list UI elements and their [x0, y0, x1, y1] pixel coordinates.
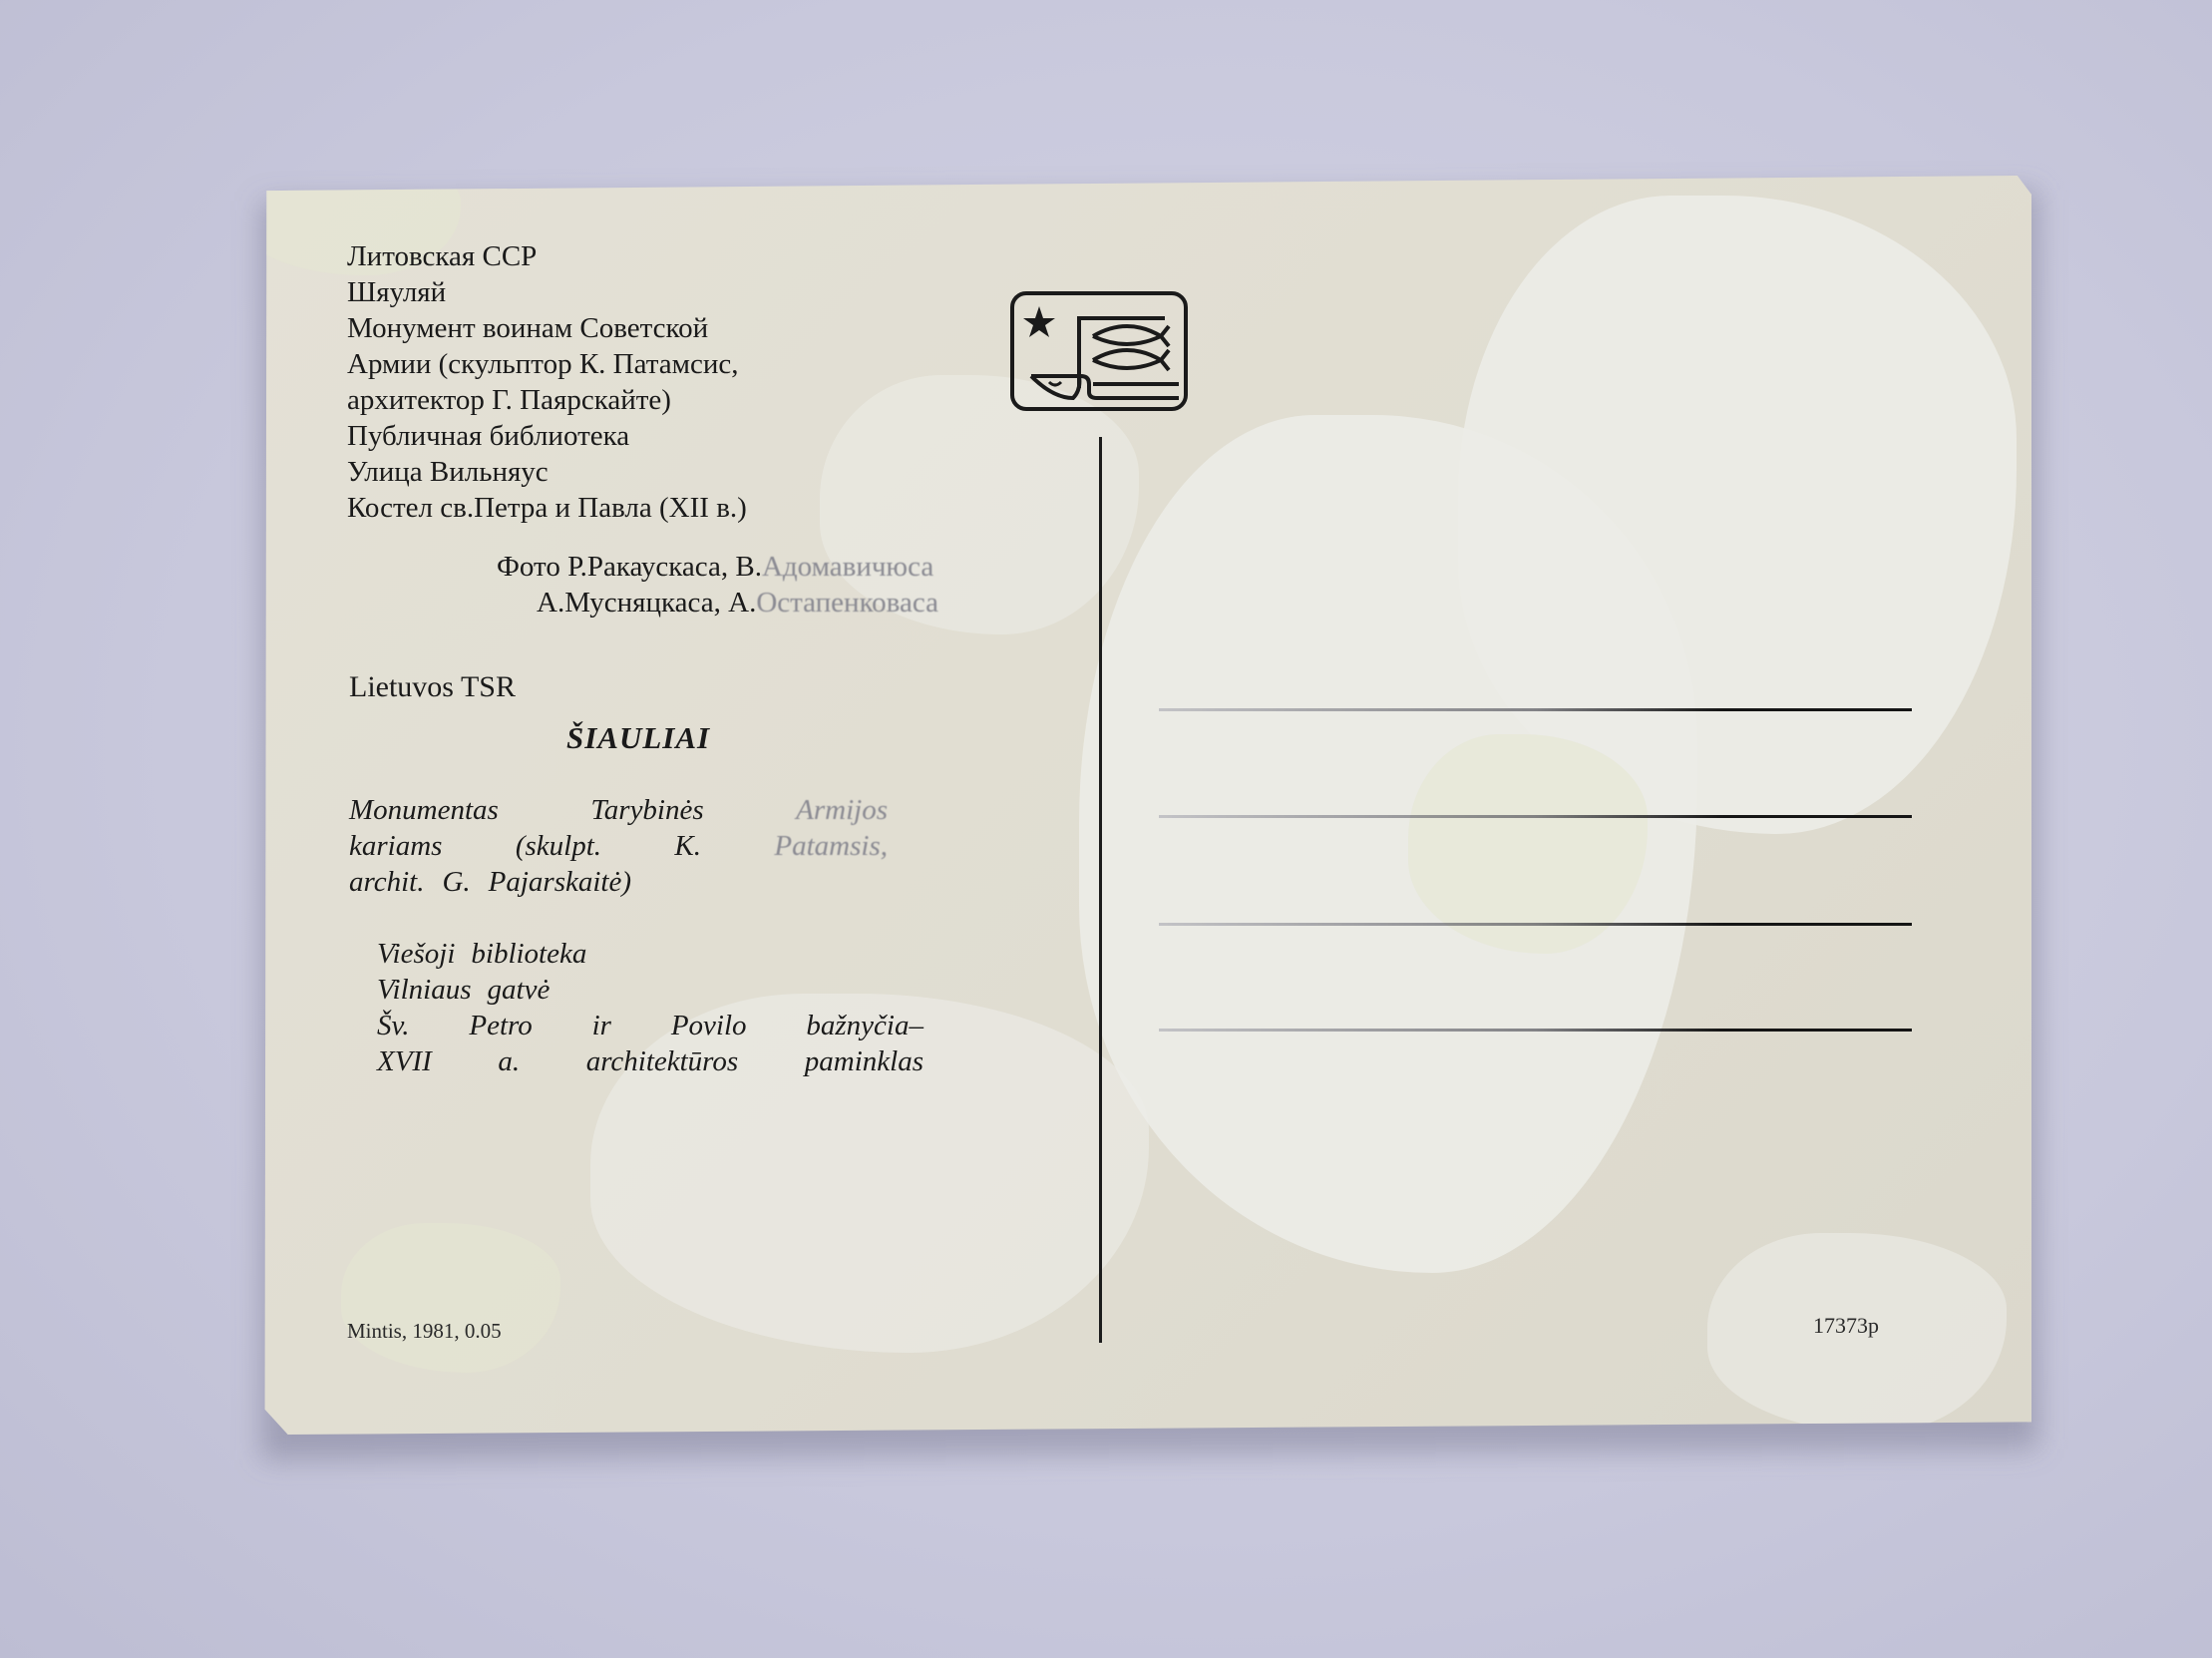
russian-caption: Литовская ССР Шяуляй Монумент воинам Сов…: [347, 238, 747, 526]
word: biblioteka: [471, 936, 586, 972]
city-title: ŠIAULIAI: [566, 720, 710, 756]
word: Šv.: [377, 1008, 409, 1043]
word: Tarybinės: [590, 792, 703, 828]
caption-line: Армии (скульптор К. Патамсис,: [347, 346, 747, 382]
word-faded: Armijos: [796, 792, 888, 828]
word: gatvė: [488, 972, 551, 1008]
caption-line: Костел св.Петра и Павла (XII в.): [347, 490, 747, 526]
republic-name: Lietuvos TSR: [349, 669, 516, 705]
address-line: [1159, 1029, 1912, 1032]
word: G.: [442, 864, 470, 900]
center-divider-line: [1099, 437, 1102, 1343]
address-line: [1159, 708, 1912, 711]
monument-caption: Monumentas Tarybinės Armijos kariams (sk…: [349, 792, 888, 900]
word: kariams: [349, 828, 442, 864]
word: Vilniaus: [377, 972, 472, 1008]
credit-text: Фото Р.Ракаускаса, В.: [497, 551, 762, 583]
catalog-number: 17373р: [1813, 1308, 1879, 1344]
word: Petro: [469, 1008, 532, 1043]
caption-line: Литовская ССР: [347, 238, 747, 274]
word-faded: Patamsis,: [774, 828, 888, 864]
credit-text-faded: Адомавичюса: [762, 551, 933, 583]
word: Pajarskaitė): [489, 864, 631, 900]
credit-text: А.Мусняцкаса, А.: [537, 587, 756, 619]
sites-caption: Viešoji biblioteka Vilniaus gatvė Šv. Pe…: [377, 936, 923, 1079]
word: architektūros: [586, 1043, 739, 1079]
word: Monumentas: [349, 792, 499, 828]
credit-text-faded: Остапенковаса: [756, 587, 938, 619]
publisher-logo-star-fish-bird-icon: [1009, 290, 1189, 412]
address-line: [1159, 923, 1912, 926]
caption-line: Монумент воинам Советской: [347, 310, 747, 346]
caption-line: архитектор Г. Паярскайте): [347, 382, 747, 418]
postcard-back: Литовская ССР Шяуляй Монумент воинам Сов…: [261, 176, 2031, 1435]
word: a.: [498, 1043, 520, 1079]
peeled-patch: [1408, 734, 1648, 954]
word: bažnyčia–: [806, 1008, 923, 1043]
peeled-patch: [341, 1223, 560, 1373]
word: Viešoji: [377, 936, 455, 972]
caption-line: Шяуляй: [347, 274, 747, 310]
word: paminklas: [805, 1043, 923, 1079]
word: (skulpt.: [516, 828, 601, 864]
word: K.: [674, 828, 701, 864]
word: ir: [592, 1008, 611, 1043]
caption-line: Публичная библиотека: [347, 418, 747, 454]
photo-credits: Фото Р.Ракаускаса, В.Адомавичюса А.Мусня…: [497, 549, 938, 621]
publisher-imprint: Mintis, 1981, 0.05: [347, 1313, 502, 1349]
address-line: [1159, 815, 1912, 818]
caption-line: Улица Вильняус: [347, 454, 747, 490]
word: XVII: [377, 1043, 432, 1079]
word: archit.: [349, 864, 424, 900]
word: Povilo: [671, 1008, 747, 1043]
